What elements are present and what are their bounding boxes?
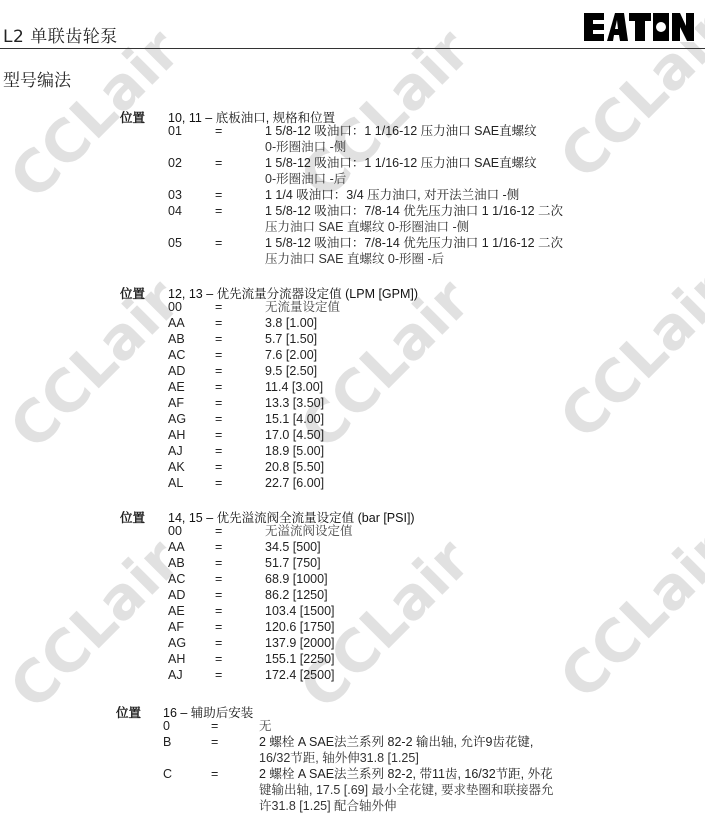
option-value: 1 1/4 吸油口：3/4 压力油口, 对开法兰油口 -侧 (265, 187, 519, 203)
option-value: 1 5/8-12 吸油口：7/8-14 优先压力油口 1 1/16-12 二次 (265, 203, 563, 219)
option-code: AF (168, 395, 184, 411)
watermark: CCLair (547, 516, 705, 712)
equals-sign: = (215, 363, 222, 379)
option-value: 1 5/8-12 吸油口：1 1/16-12 压力油口 SAE直螺纹 (265, 155, 537, 171)
header-divider (0, 48, 705, 49)
equals-sign: = (211, 718, 218, 734)
equals-sign: = (215, 603, 222, 619)
equals-sign: = (215, 555, 222, 571)
option-value: 17.0 [4.50] (265, 427, 324, 443)
option-value-continued: 压力油口 SAE 直螺纹 0-形圈 -后 (265, 251, 444, 267)
option-code: AC (168, 347, 185, 363)
option-code: C (163, 766, 172, 782)
equals-sign: = (215, 523, 222, 539)
option-code: 00 (168, 523, 182, 539)
option-value: 120.6 [1750] (265, 619, 335, 635)
option-code: AJ (168, 667, 183, 683)
option-code: AJ (168, 443, 183, 459)
option-value: 7.6 [2.00] (265, 347, 317, 363)
equals-sign: = (215, 427, 222, 443)
option-value: 51.7 [750] (265, 555, 321, 571)
option-value: 5.7 [1.50] (265, 331, 317, 347)
equals-sign: = (215, 635, 222, 651)
option-value: 155.1 [2250] (265, 651, 335, 667)
option-code: AD (168, 363, 185, 379)
option-value-continued: 键输出轴, 17.5 [.69] 最小全花键, 要求垫圈和联接器允 (259, 782, 554, 798)
equals-sign: = (215, 155, 222, 171)
option-code: AG (168, 635, 186, 651)
option-value: 15.1 [4.00] (265, 411, 324, 427)
equals-sign: = (215, 619, 222, 635)
equals-sign: = (211, 734, 218, 750)
equals-sign: = (215, 395, 222, 411)
equals-sign: = (215, 667, 222, 683)
equals-sign: = (215, 411, 222, 427)
option-code: AE (168, 603, 185, 619)
option-value: 22.7 [6.00] (265, 475, 324, 491)
option-value-continued: 0-形圈油口 -侧 (265, 139, 346, 155)
option-code: AE (168, 379, 185, 395)
option-value-continued: 压力油口 SAE 直螺纹 0-形圈油口 -侧 (265, 219, 469, 235)
option-value: 11.4 [3.00] (265, 379, 323, 395)
equals-sign: = (215, 539, 222, 555)
option-value-continued: 许31.8 [1.25] 配合轴外伸 (259, 798, 397, 814)
equals-sign: = (215, 459, 222, 475)
equals-sign: = (215, 331, 222, 347)
option-code: 05 (168, 235, 182, 251)
section-heading: 16 – 辅助后安装 (163, 703, 253, 721)
equals-sign: = (215, 203, 222, 219)
equals-sign: = (215, 443, 222, 459)
equals-sign: = (215, 651, 222, 667)
option-value: 68.9 [1000] (265, 571, 328, 587)
option-code: 04 (168, 203, 182, 219)
option-value: 无 (259, 718, 272, 734)
position-label: 位置 (120, 108, 145, 126)
position-label: 位置 (120, 284, 145, 302)
option-code: AH (168, 427, 185, 443)
option-value: 无溢流阀设定值 (265, 523, 353, 539)
option-code: AK (168, 459, 185, 475)
equals-sign: = (215, 347, 222, 363)
option-code: B (163, 734, 171, 750)
position-label: 位置 (116, 703, 141, 721)
equals-sign: = (211, 766, 218, 782)
option-value: 1 5/8-12 吸油口：7/8-14 优先压力油口 1 1/16-12 二次 (265, 235, 563, 251)
equals-sign: = (215, 315, 222, 331)
equals-sign: = (215, 123, 222, 139)
option-value-continued: 0-形圈油口 -后 (265, 171, 346, 187)
option-code: AB (168, 555, 185, 571)
watermark: CCLair (0, 526, 193, 722)
page-title: 型号编法 (3, 66, 71, 91)
equals-sign: = (215, 299, 222, 315)
position-label: 位置 (120, 508, 145, 526)
option-code: AA (168, 539, 185, 555)
option-value: 18.9 [5.00] (265, 443, 324, 459)
option-code: AD (168, 587, 185, 603)
option-value: 9.5 [2.50] (265, 363, 317, 379)
option-code: AA (168, 315, 185, 331)
option-value: 无流量设定值 (265, 299, 340, 315)
option-code: 00 (168, 299, 182, 315)
option-code: AG (168, 411, 186, 427)
option-code: AH (168, 651, 185, 667)
eaton-logo (583, 12, 695, 42)
watermark: CCLair (547, 256, 705, 452)
option-code: 03 (168, 187, 182, 203)
option-code: 01 (168, 123, 182, 139)
option-value: 86.2 [1250] (265, 587, 328, 603)
option-code: AF (168, 619, 184, 635)
option-code: AL (168, 475, 183, 491)
option-value: 137.9 [2000] (265, 635, 335, 651)
option-value: 1 5/8-12 吸油口：1 1/16-12 压力油口 SAE直螺纹 (265, 123, 537, 139)
option-value: 3.8 [1.00] (265, 315, 317, 331)
option-value: 20.8 [5.50] (265, 459, 324, 475)
option-code: 0 (163, 718, 170, 734)
watermark: CCLair (0, 266, 193, 462)
option-value: 34.5 [500] (265, 539, 321, 555)
option-code: AC (168, 571, 185, 587)
equals-sign: = (215, 571, 222, 587)
option-value: 13.3 [3.50] (265, 395, 324, 411)
equals-sign: = (215, 379, 222, 395)
option-code: 02 (168, 155, 182, 171)
equals-sign: = (215, 587, 222, 603)
option-code: AB (168, 331, 185, 347)
document-header-title: L2 单联齿轮泵 (3, 22, 118, 47)
option-value-continued: 16/32节距, 轴外伸31.8 [1.25] (259, 750, 419, 766)
option-value: 2 螺栓 A SAE法兰系列 82-2, 带11齿, 16/32节距, 外花 (259, 766, 553, 782)
equals-sign: = (215, 235, 222, 251)
equals-sign: = (215, 475, 222, 491)
equals-sign: = (215, 187, 222, 203)
option-value: 2 螺栓 A SAE法兰系列 82-2 输出轴, 允许9齿花键, (259, 734, 533, 750)
option-value: 103.4 [1500] (265, 603, 335, 619)
option-value: 172.4 [2500] (265, 667, 335, 683)
